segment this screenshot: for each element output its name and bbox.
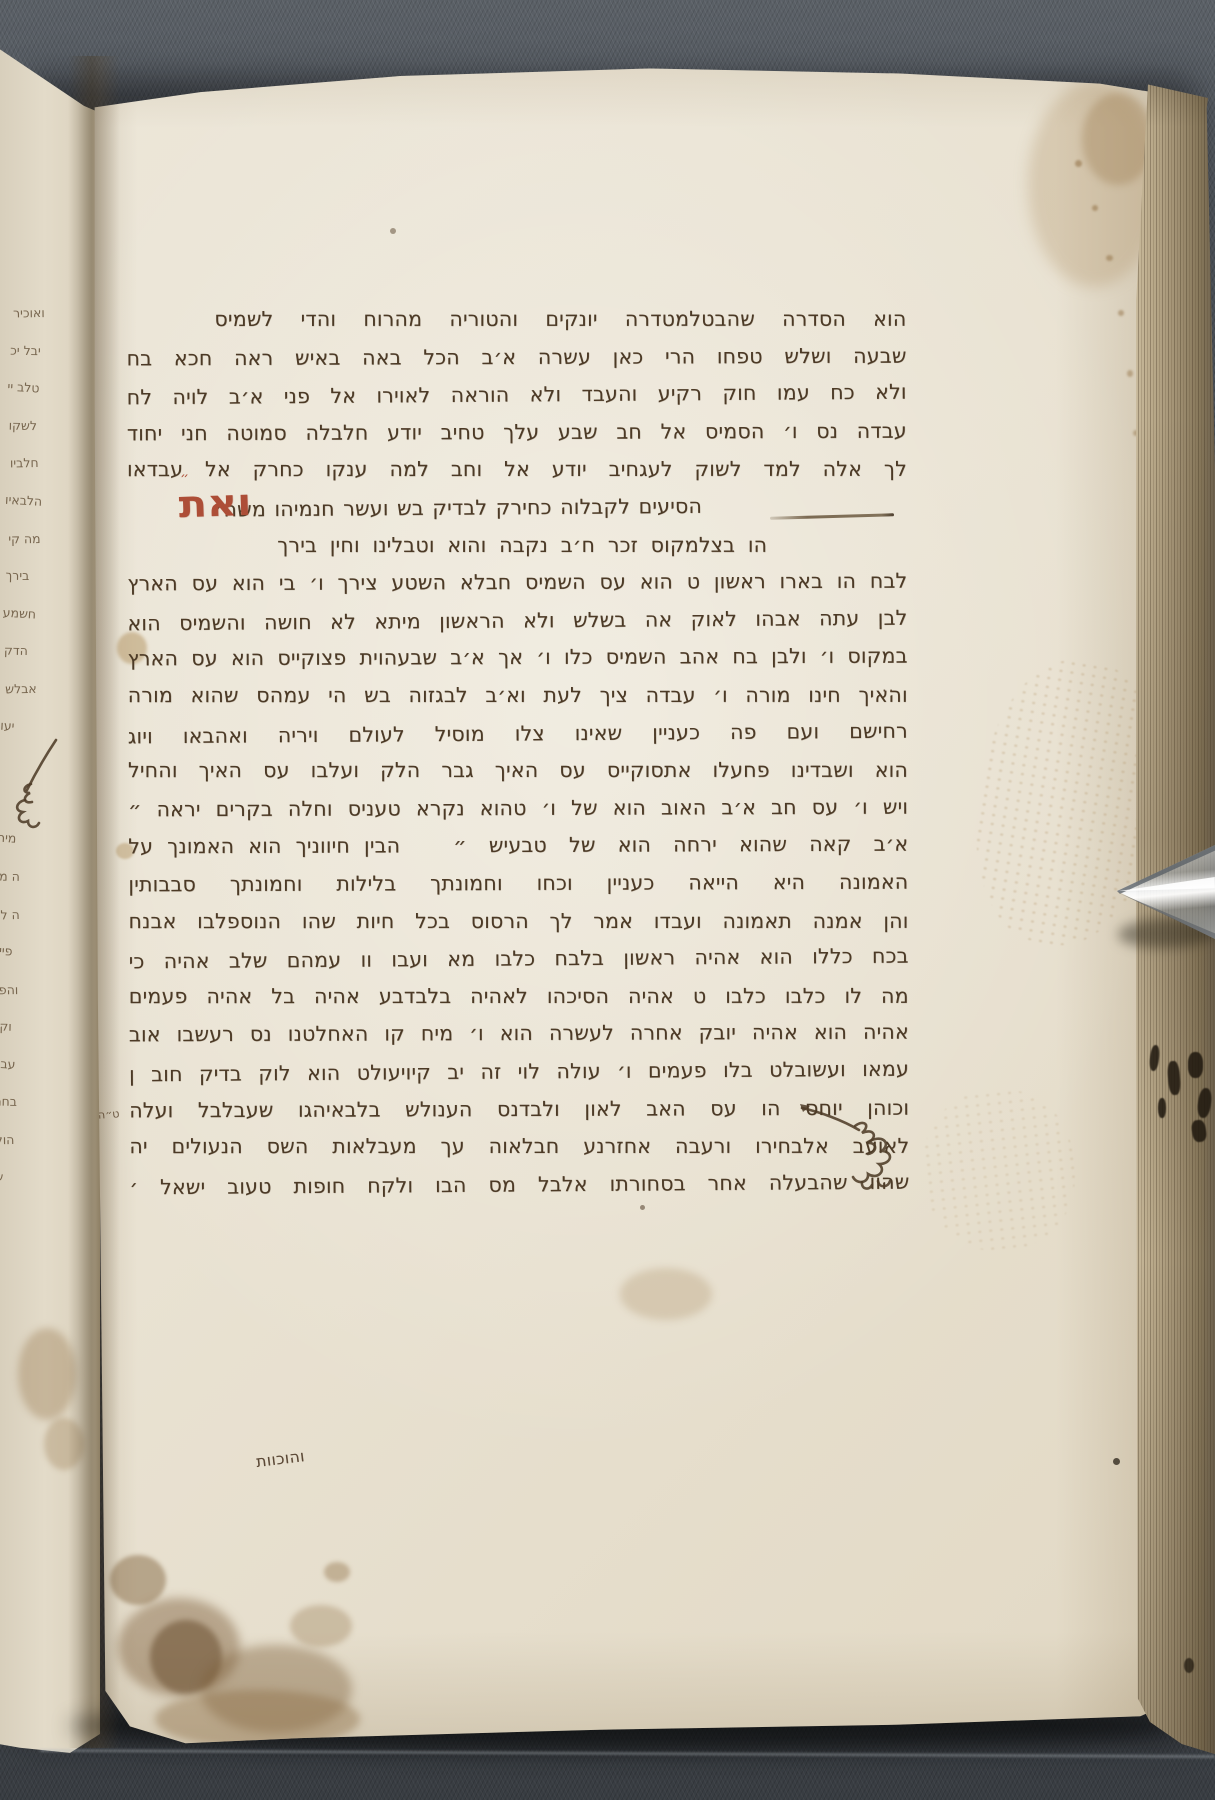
- red-word-mark: ״: [180, 470, 189, 486]
- stain: [200, 1645, 352, 1733]
- ink-stain: [1196, 1087, 1213, 1118]
- text-line: לבן עתה אבהו לאוק אה בשלש ולא הראשון מית…: [127, 602, 907, 646]
- text-line: ויש ו׳ עס חב א׳ב האוב הוא של ו׳ טהוא נקר…: [128, 791, 908, 832]
- line-fragment: והפ: [0, 970, 45, 1008]
- text-line: מה לו כלבו כלבו ט אהיה הסיכהו לאהיה בלבד…: [129, 980, 909, 1018]
- text-line: והאיך חינו מורה ו׳ עבדה ציך לעת וא׳ב לבג…: [128, 679, 908, 717]
- marginal-gloss: ט״ה: [98, 1107, 120, 1121]
- text-line: שהוו שהבעלה אחר בסחורתו אלבל מס הבו ולקח…: [129, 1166, 909, 1210]
- line-fragment: הול: [0, 1121, 42, 1159]
- text-line: עבדה נס ו׳ הסמיס אל חב שבע עלך טחיב יודע…: [127, 415, 907, 456]
- text-line: בכח כללו הוא אהיה ראשון בלבח כלבו מא ועב…: [129, 940, 909, 984]
- text-line: עמאו ועשובלט בלו פעמים ו׳ עולה לוי זה יב…: [129, 1053, 909, 1097]
- line-fragment: חשמע: [2, 593, 50, 633]
- stain: [1113, 1458, 1120, 1465]
- catchword: והוכוות: [255, 1447, 306, 1471]
- text-line: לבח הו בארו ראשון ט הוא עס השמיס חבלא הש…: [127, 565, 907, 606]
- stain: [18, 1328, 76, 1420]
- manuscript-page: הוא הסדרה שהבטלמטדרה יונקים והטוריה מהרו…: [84, 60, 1152, 1750]
- stain: [1118, 310, 1124, 316]
- line-fragment: ה ל: [0, 895, 47, 933]
- pen-flourish-icon: [798, 1096, 912, 1194]
- stain: [620, 1268, 712, 1320]
- margin-ink-dots: ··: [882, 682, 896, 700]
- line-fragment: עבל: [0, 1045, 40, 1085]
- text-line: במקוס ו׳ ולבן בח אהב השמיס כלו ו׳ אך א׳ב…: [128, 640, 908, 681]
- line-fragment: יבל יכ: [10, 331, 57, 370]
- red-initial-word: ואת: [166, 482, 264, 525]
- stain: [324, 1562, 350, 1582]
- stain: [118, 1598, 240, 1696]
- line-fragment: בירך: [5, 557, 52, 596]
- text-line: הוא הסדרה שהבטלמטדרה יונקים והטוריה מהרו…: [214, 303, 906, 341]
- text-line: וכוהן יוחס הו עס האב לאון ולבדנס הענולש …: [129, 1092, 909, 1133]
- text-line: והן אמנה תאמונה ועבדו אמר לך הרסוס בכל ח…: [129, 905, 909, 943]
- line-fragment: לשקו: [8, 406, 55, 445]
- line-fragment: הדק: [4, 632, 51, 671]
- stain: [390, 228, 396, 234]
- text-line: האמונה היא הייאה כעניין וכחו וחמונתך בלי…: [128, 866, 908, 907]
- ink-stain: [1167, 1061, 1181, 1096]
- stain: [1075, 160, 1082, 167]
- stain: [1106, 255, 1113, 261]
- ink-stain: [1188, 1052, 1203, 1078]
- stain: [290, 1605, 352, 1647]
- text-line: ולא כח עמו חוק רקיע והעבד ולא הוראה לאוי…: [127, 376, 907, 420]
- stain: [110, 1555, 166, 1605]
- stain: [1082, 93, 1154, 185]
- line-fragment: אבלש: [5, 670, 52, 708]
- manuscript-photo: ואוכיר יבל יכ טלב יי לשקו חלביו הלבאיו מ…: [0, 0, 1215, 1800]
- text-line: הסיעים לקבלוה כחירק לבדיק בש ועשר חנמיהו…: [210, 490, 702, 532]
- ink-stain: [1158, 1098, 1166, 1118]
- text-line: לאועב אלבחירו ורעבה אחזרנע חבלאוה עך מעב…: [129, 1130, 909, 1168]
- stain-speckles: [916, 1083, 1082, 1258]
- section-start-text: הבין חיווניך הוא האמונך על: [128, 829, 400, 868]
- text-line: הו בצלמקוס זכר ח׳ב נקבה והוא וטבלינו וחי…: [277, 529, 767, 567]
- stain: [44, 1418, 84, 1470]
- line-fragment: בחר: [0, 1083, 41, 1122]
- text-line: רחישם ועם פה כעניין שאינו צלו מוסיל לעול…: [128, 715, 908, 759]
- line-fragment: חלביו: [10, 444, 57, 482]
- facing-page-edge: ואוכיר יבל יכ טלב יי לשקו חלביו הלבאיו מ…: [0, 46, 100, 1758]
- line-fragment: ה מ: [0, 857, 46, 896]
- text-line: הוא ושבדינו פחעלו אתסוקייס עס האיך גבר ה…: [128, 754, 908, 792]
- text-line: אהיה הוא אהיה יובק אחרה לעשרה הוא ו׳ מיח…: [129, 1016, 909, 1057]
- pen-flourish-left-icon: [4, 736, 62, 832]
- stain: [150, 1620, 222, 1694]
- ink-stain: [1191, 1119, 1208, 1143]
- line-fragment: וקו: [0, 1008, 42, 1047]
- wormhole: [1184, 1658, 1194, 1673]
- ink-stain: [1149, 1045, 1161, 1072]
- line-fragment: מה קי: [8, 519, 55, 557]
- section-end-text: א׳ב קאה שהוא ירחה הוא של טבעיש ״: [453, 828, 908, 868]
- stain: [1092, 205, 1098, 211]
- line-fragment: הלבאיו: [4, 481, 52, 521]
- line-fragment: פייו: [0, 932, 43, 972]
- text-line: שבעה ושלש טפחו הרי כאן עשרה א׳ב הכל באה …: [126, 340, 906, 381]
- text-block: הוא הסדרה שהבטלמטדרה יונקים והטוריה מהרו…: [126, 302, 909, 1245]
- stain: [1127, 370, 1133, 377]
- line-fragment: ואוכיר: [13, 294, 60, 332]
- line-fragment: טלב יי: [6, 368, 54, 408]
- line-fragment: שו: [0, 1157, 38, 1197]
- text-line-section-break: א׳ב קאה שהוא ירחה הוא של טבעיש ״ הבין חי…: [128, 828, 908, 869]
